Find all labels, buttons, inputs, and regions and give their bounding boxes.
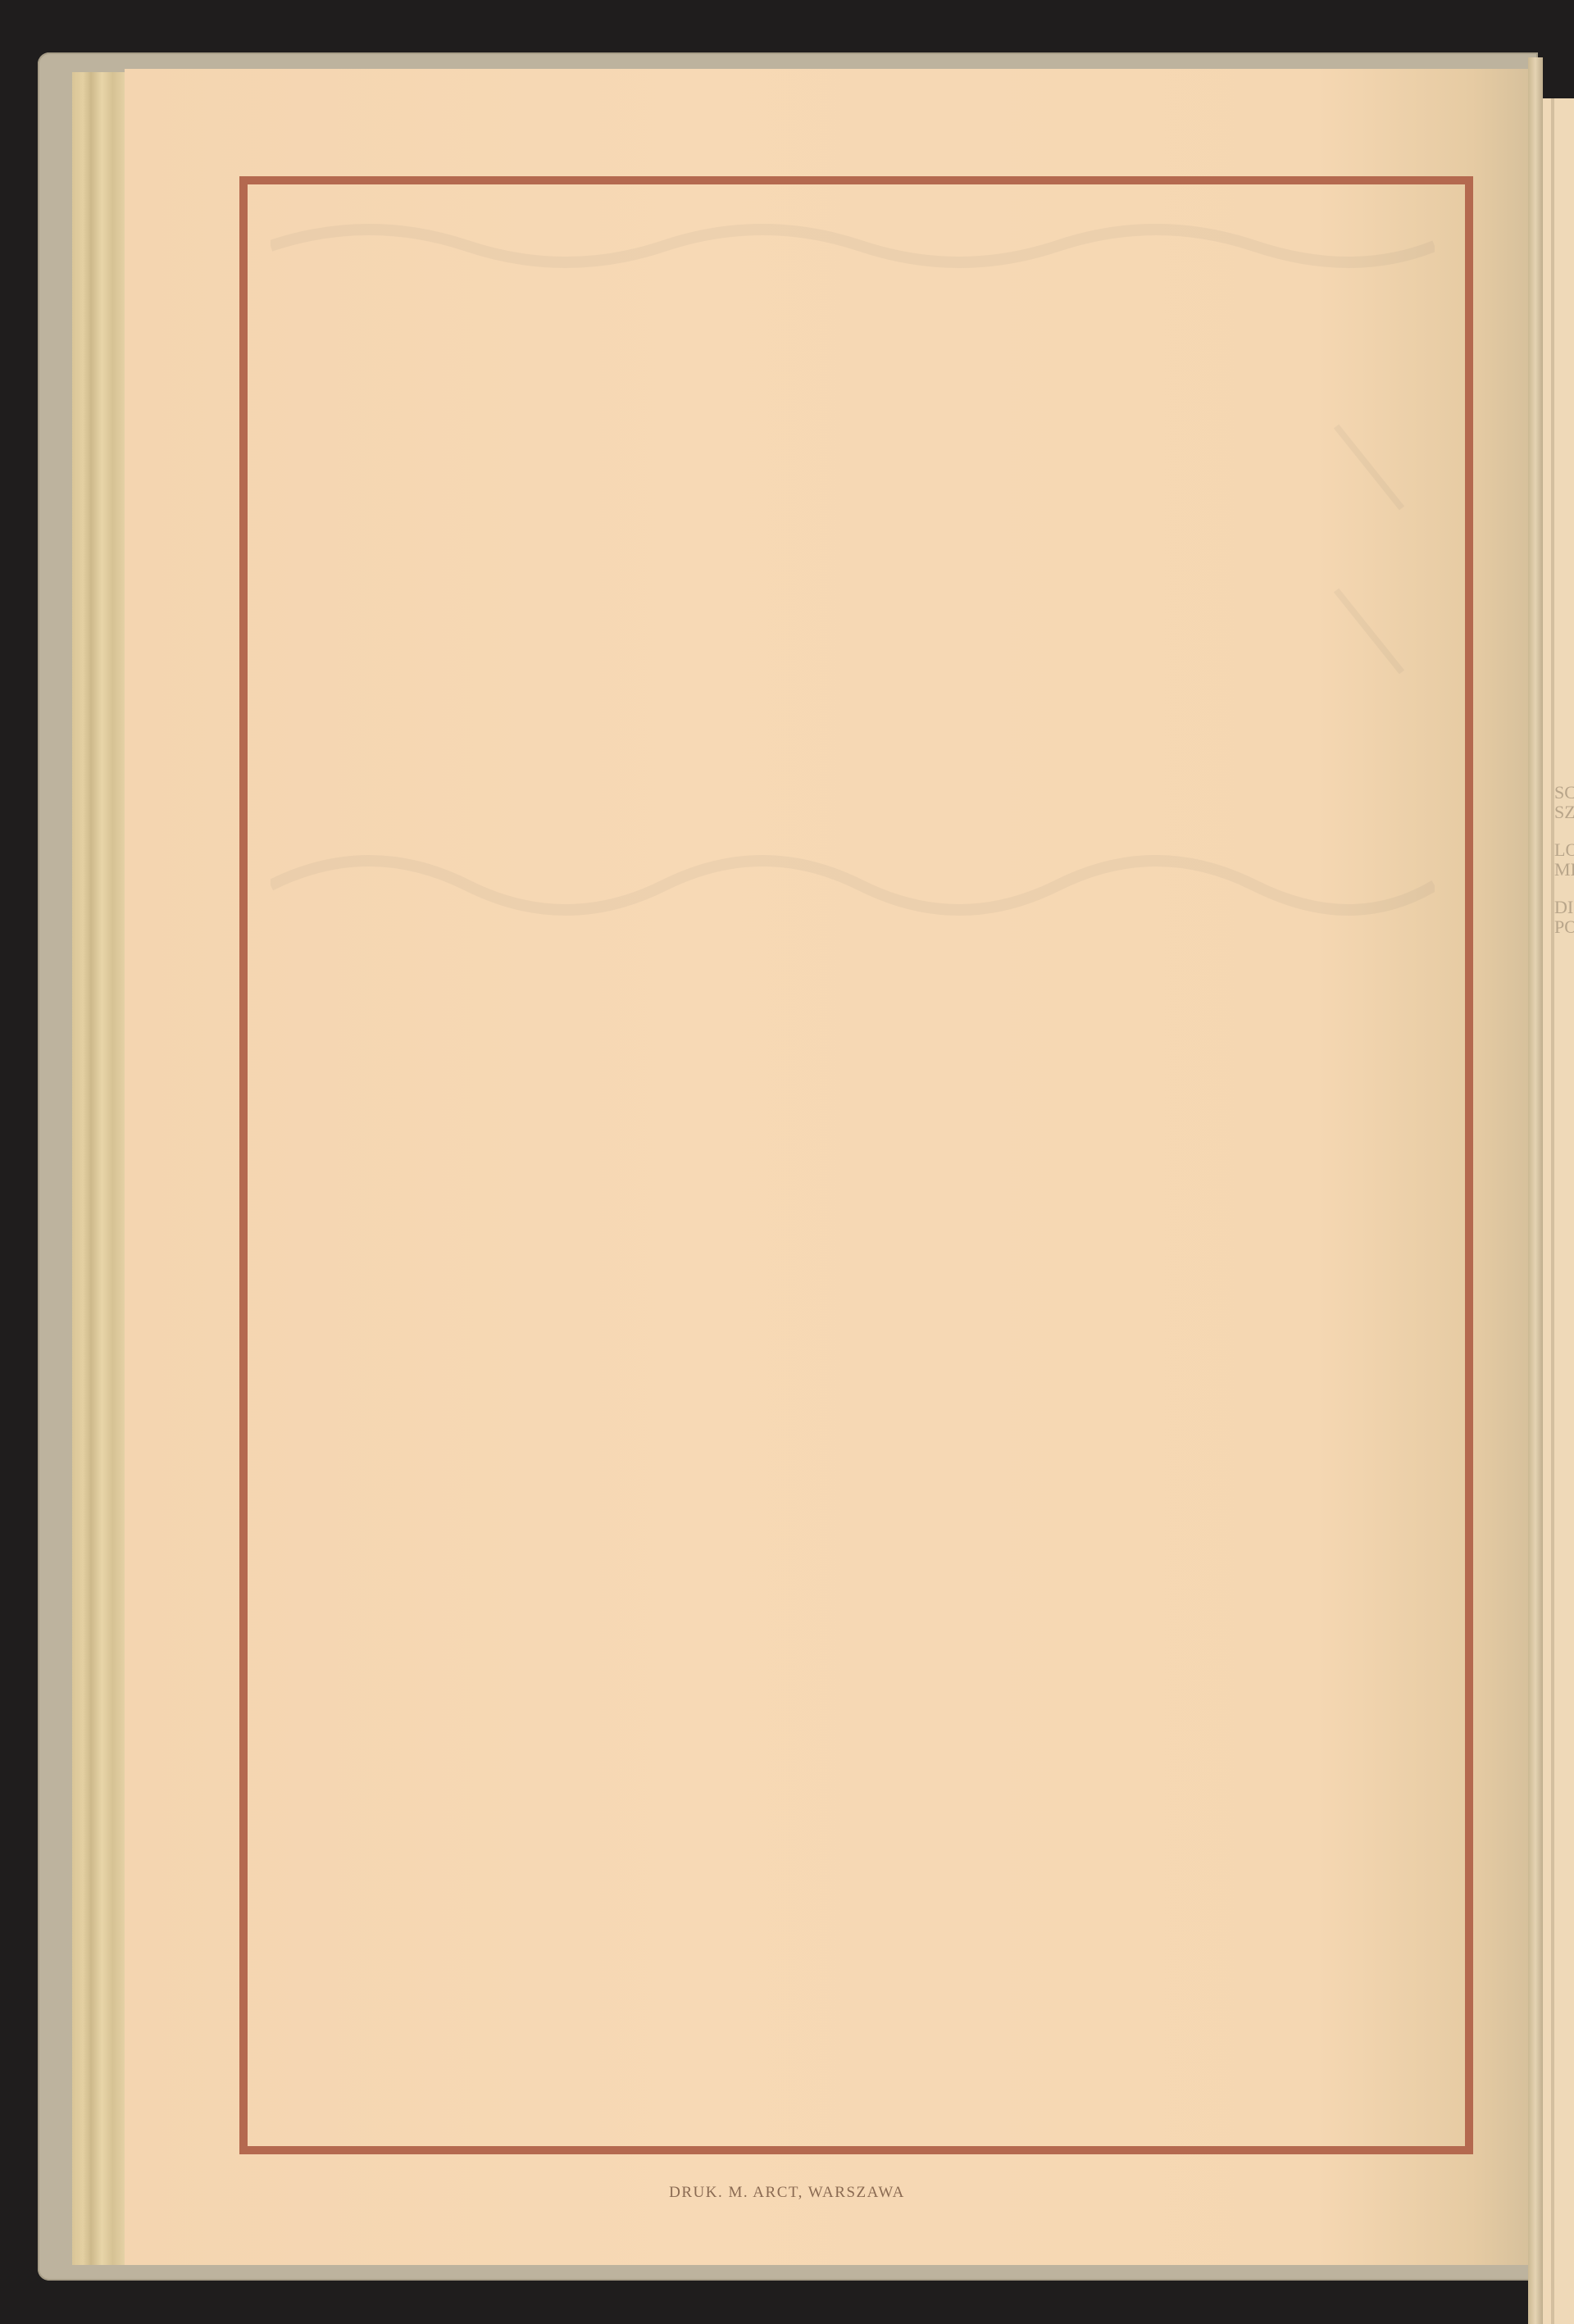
- next-page-label: SCH SZK: [1554, 783, 1574, 822]
- next-page-edge: SCH SZK LOC MIE DIS PO: [1543, 98, 1574, 2324]
- page-edges: [72, 72, 126, 2265]
- page-border-frame: [239, 176, 1473, 2154]
- book-gutter: [1528, 57, 1543, 2324]
- next-page-label: DIS PO: [1554, 898, 1574, 937]
- printer-imprint: DRUK. M. ARCT, WARSZAWA: [0, 2184, 1574, 2202]
- next-page-label: LOC MIE: [1554, 840, 1574, 880]
- next-page-frame: [1551, 98, 1574, 2324]
